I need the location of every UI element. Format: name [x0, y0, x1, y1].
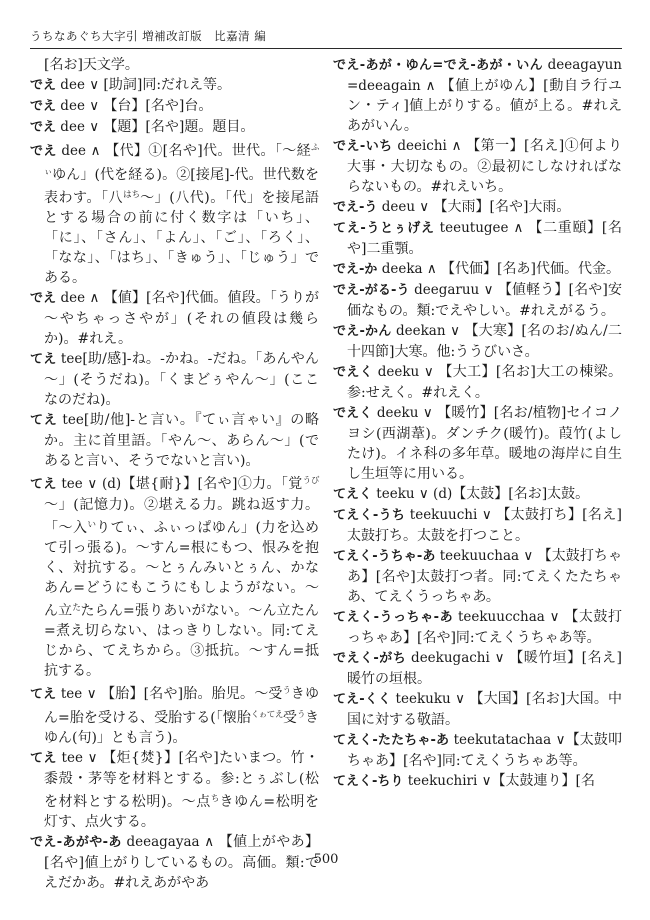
ruby-annotation: た: [72, 603, 80, 613]
ruby-annotation: うび: [303, 476, 319, 486]
entry-headword: てえ: [30, 477, 57, 492]
entry-headword: でえく: [333, 406, 372, 421]
dictionary-entry: てえく-ちり teekuchiri ∨【太鼓連り】[名: [333, 771, 622, 792]
entry-romanization: teekuuchi ∨: [405, 507, 496, 523]
entry-headword: でえく: [333, 365, 373, 380]
entry-headword: でえ-う: [333, 200, 377, 215]
entry-headword: てえ: [30, 687, 56, 702]
page-number: 500: [30, 852, 622, 867]
book-title: うちなあぐち大字引 増補改訂版 比嘉清 編: [30, 29, 266, 43]
entry-romanization: teekutatachaa ∨: [449, 732, 565, 748]
dictionary-entry: てえく teeku ∨ (d)【太鼓】[名お]太鼓。: [333, 484, 622, 505]
entry-headword: てえ: [30, 352, 56, 367]
entry-definition: 【堪{耐}】[名や]①力。「覚うび～」(記憶力)。②堪える力。跳ね返す力。「～入…: [44, 476, 319, 679]
dictionary-entry: でえ dee ∧ 【代】①[名や]代。世代。「～経ふぃゆん」(代を経る)。②[接…: [30, 138, 319, 288]
dictionary-entry: てえ tee ∨ 【炬{焚}】[名や]たいまつ。竹・黍殻・茅等を材料とする。参:…: [30, 748, 319, 832]
entry-romanization: teekuuchaa ∨: [435, 548, 537, 564]
entry-headword: てえく-うちゃ-あ: [333, 549, 435, 564]
dictionary-entry: てえく-うちゃ-あ teekuuchaa ∨ 【太鼓打ちゃあ】[名や]太鼓打つ者…: [333, 546, 622, 607]
entry-definition: [名お]天文学。: [44, 57, 139, 73]
column-left: [名お]天文学。でえ dee ∨ [助詞]同:だれえ等。でえ dee ∨ 【台】…: [30, 55, 319, 893]
dictionary-entry: でえ-あが・ゆん=でえ-あが・いん deeagayun=deeagain ∧ 【…: [333, 55, 622, 136]
dictionary-entry: てえ-くく teekuku ∨ 【大国】[名お]大国。中国に対する敬語。: [333, 689, 622, 730]
ruby-annotation: ち: [211, 794, 220, 804]
entry-headword: でえ-いち: [333, 139, 393, 154]
entry-romanization: tee ∨: [56, 686, 101, 702]
entry-romanization: dee ∨: [56, 77, 103, 93]
dictionary-entry: でえく deeku ∨ 【大工】[名お]大工の棟梁。参:せえく。#れえく。: [333, 362, 622, 403]
entry-headword: でえ-か: [333, 262, 377, 277]
column-right: でえ-あが・ゆん=でえ-あが・いん deeagayun=deeagain ∧ 【…: [333, 55, 622, 893]
entry-definition: 【太鼓】[名お]太鼓。: [452, 486, 589, 502]
dictionary-entry: てえ tee[助/感]-ね。-かね。-だね。「あんやん～」(そうだね)。「くまど…: [30, 349, 319, 410]
ruby-annotation: う: [297, 710, 305, 720]
entry-headword: てえ: [30, 413, 57, 428]
text-columns: [名お]天文学。でえ dee ∨ [助詞]同:だれえ等。でえ dee ∨ 【台】…: [30, 55, 622, 893]
dictionary-entry: でえ-か deeka ∧ 【代価】[名あ]代価。代金。: [333, 259, 622, 280]
entry-romanization: dee ∨: [56, 98, 103, 114]
ruby-annotation: い: [88, 520, 97, 530]
entry-romanization: deeka ∧: [377, 261, 441, 277]
entry-definition: [助/他]-と言い。『てぃ言ゃい』の略か。主に首里語。「やん～、あらん～」(であ…: [44, 412, 319, 469]
entry-romanization: tee ∨ (d): [57, 476, 121, 492]
entry-headword: てえく: [333, 487, 372, 502]
entry-definition: 【代価】[名あ]代価。代金。: [441, 261, 620, 277]
ruby-annotation: はち: [123, 190, 140, 200]
entry-romanization: deeku ∨: [373, 364, 438, 380]
entry-definition: [助詞]同:だれえ等。: [103, 77, 231, 93]
dictionary-entry: でえ dee ∨ 【台】[名や]台。: [30, 96, 319, 117]
dictionary-entry: でえ-う deeu ∨ 【大雨】[名や]大雨。: [333, 197, 622, 218]
entry-romanization: teekuchiri ∨: [403, 773, 491, 789]
entry-headword: でえ: [30, 99, 56, 114]
entry-romanization: tee: [57, 412, 83, 428]
entry-definition: [助/感]-ね。-かね。-だね。「あんやん～」(そうだね)。「くまどぅやん～」(…: [44, 351, 319, 408]
entry-headword: でえ-あが・ゆん=でえ-あが・いん: [333, 58, 543, 73]
entry-definition: 【台】[名や]台。: [103, 98, 212, 114]
entry-headword: てえ: [30, 751, 57, 766]
dictionary-entry: でえ-かん deekan ∨ 【大寒】[名のお/ぬん/二十四節]大寒。他:ううび…: [333, 321, 622, 362]
dictionary-entry: てえ tee ∨ 【胎】[名や]胎。胎児。～受うきゆん=胎を受ける、受胎する(「…: [30, 681, 319, 748]
entry-romanization: teeutugee ∧: [435, 220, 529, 236]
dictionary-entry: [名お]天文学。: [30, 55, 319, 75]
entry-romanization: deegaruu ∨: [410, 282, 498, 298]
dictionary-entry: てえく-うっちゃ-あ teekuucchaa ∨ 【太鼓打っちゃあ】[名や]同:…: [333, 607, 622, 648]
entry-romanization: teekuku ∨: [391, 691, 469, 707]
dictionary-entry: でえく deeku ∨ 【暖竹】[名お/植物]セイコノヨシ(西湖葦)。ダンチク(…: [333, 403, 622, 484]
entry-headword: でえ: [30, 291, 56, 306]
ruby-annotation: くゎてえ: [251, 710, 283, 720]
entry-romanization: deekan ∨: [392, 323, 465, 339]
entry-romanization: teekuucchaa ∨: [453, 609, 564, 625]
entry-headword: てえく-うち: [333, 508, 405, 523]
dictionary-entry: てえ tee ∨ (d)【堪{耐}】[名や]①力。「覚うび～」(記憶力)。②堪え…: [30, 471, 319, 681]
dictionary-entry: でえく-がち deekugachi ∨ 【暖竹垣】[名え]暖竹の垣根。: [333, 648, 622, 689]
entry-definition: 【題】[名や]題。題目。: [103, 119, 254, 135]
entry-headword: てえく-たたちゃ-あ: [333, 733, 449, 748]
entry-headword: でえ-かん: [333, 324, 392, 339]
entry-headword: てえ-うとぅげえ: [333, 221, 435, 236]
entry-headword: てえく-ちり: [333, 774, 403, 789]
entry-romanization: deeichi ∧: [393, 138, 467, 154]
dictionary-entry: でえ dee ∨ [助詞]同:だれえ等。: [30, 75, 319, 96]
entry-romanization: dee ∨: [56, 119, 103, 135]
entry-romanization: deeagayaa ∧: [122, 834, 219, 850]
dictionary-entry: てえく-うち teekuuchi ∨ 【太鼓打ち】[名え]太鼓打ち。太鼓を打つこ…: [333, 505, 622, 546]
dictionary-page: うちなあぐち大字引 増補改訂版 比嘉清 編 [名お]天文学。でえ dee ∨ […: [0, 0, 650, 920]
entry-romanization: tee ∨: [57, 750, 102, 766]
entry-romanization: dee ∧: [57, 143, 105, 159]
dictionary-entry: でえ-がる-う deegaruu ∨ 【値軽う】[名や]安価なもの。類:でえやし…: [333, 280, 622, 321]
entry-romanization: tee: [56, 351, 82, 367]
entry-definition: 【大雨】[名や]大雨。: [433, 199, 570, 215]
entry-definition: 【太鼓連り】[名: [492, 773, 595, 789]
entry-definition: 【代】①[名や]代。世代。「～経ふぃゆん」(代を経る)。②[接尾]-代。世代数を…: [44, 143, 319, 286]
entry-headword: でえ-あがや-あ: [30, 835, 122, 850]
entry-headword: てえ-くく: [333, 692, 391, 707]
entry-romanization: teeku ∨ (d): [372, 486, 452, 502]
dictionary-entry: てえ tee[助/他]-と言い。『てぃ言ゃい』の略か。主に首里語。「やん～、あら…: [30, 410, 319, 471]
entry-headword: でえ: [30, 144, 57, 159]
dictionary-entry: でえ dee ∨ 【題】[名や]題。題目。: [30, 117, 319, 138]
entry-romanization: dee ∧: [56, 290, 104, 306]
entry-headword: でえく-がち: [333, 651, 406, 666]
entry-headword: でえ-がる-う: [333, 283, 410, 298]
entry-headword: てえく-うっちゃ-あ: [333, 610, 453, 625]
ruby-annotation: う: [283, 686, 291, 696]
entry-romanization: deekugachi ∨: [406, 650, 509, 666]
dictionary-entry: てえ-うとぅげえ teeutugee ∧ 【二重頤】[名や]二重顎。: [333, 218, 622, 259]
page-header: うちなあぐち大字引 増補改訂版 比嘉清 編: [30, 28, 622, 49]
entry-romanization: deeku ∨: [372, 405, 437, 421]
entry-romanization: deeu ∨: [377, 199, 433, 215]
dictionary-entry: でえ-いち deeichi ∧ 【第一】[名え]①何より大事・大切なもの。②最初…: [333, 136, 622, 197]
dictionary-entry: でえ dee ∧ 【値】[名や]代価。値段。「うりが～やちゃっさやが」(それの値…: [30, 288, 319, 349]
entry-headword: でえ: [30, 78, 56, 93]
entry-headword: でえ: [30, 120, 56, 135]
dictionary-entry: てえく-たたちゃ-あ teekutatachaa ∨【太鼓叩ちゃあ】[名や]同:…: [333, 730, 622, 771]
